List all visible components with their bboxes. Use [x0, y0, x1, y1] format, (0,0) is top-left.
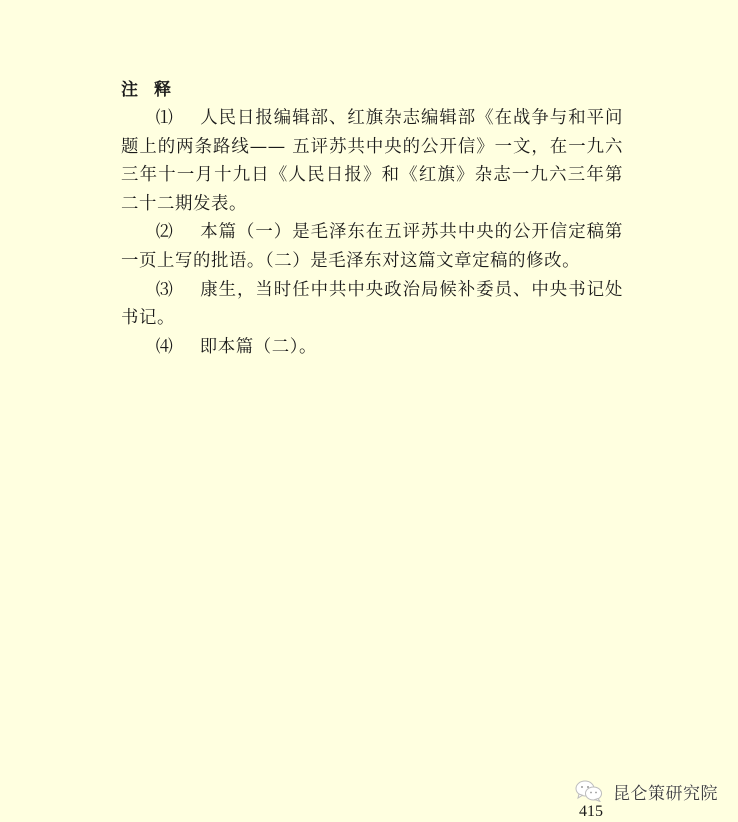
page-number: 415 — [579, 803, 603, 821]
document-page: 注释 ⑴人民日报编辑部、红旗杂志编辑部《在战争与和平问题上的两条路线—— 五评苏… — [121, 76, 623, 361]
note-4: ⑷即本篇（二）。 — [121, 333, 623, 362]
heading-part-2: 释 — [154, 80, 171, 100]
notes-heading: 注释 — [121, 76, 623, 104]
watermark: 昆仑策研究院 — [575, 779, 725, 803]
note-number: ⑵ — [156, 218, 200, 247]
note-text: 即本篇（二）。 — [200, 337, 317, 357]
note-number: ⑷ — [156, 333, 200, 362]
heading-part-1: 注 — [121, 80, 138, 100]
wechat-icon — [575, 780, 603, 802]
watermark-label: 昆仑策研究院 — [613, 779, 718, 804]
note-1: ⑴人民日报编辑部、红旗杂志编辑部《在战争与和平问题上的两条路线—— 五评苏共中央… — [121, 104, 623, 218]
note-number: ⑶ — [156, 276, 200, 305]
note-3: ⑶康生，当时任中共中央政治局候补委员、中央书记处书记。 — [121, 276, 623, 333]
note-number: ⑴ — [156, 104, 200, 133]
note-2: ⑵本篇（一）是毛泽东在五评苏共中央的公开信定稿第一页上写的批语。（二）是毛泽东对… — [121, 218, 623, 275]
